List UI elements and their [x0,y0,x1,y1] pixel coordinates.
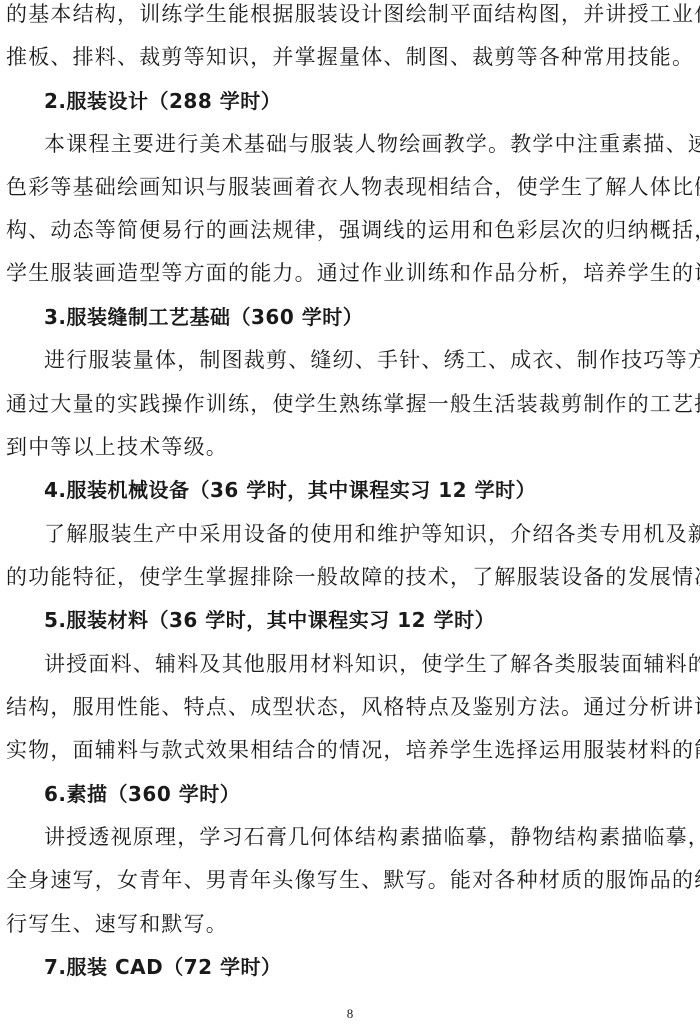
body-text-line: 全身速写，女青年、男青年头像写生、默写。能对各种材质的服饰品的组合进 [6,866,696,894]
document-page: 的基本结构，训练学生能根据服装设计图绘制平面结构图，并讲授工业化制板、 推板、排… [0,0,700,1030]
section-heading-machinery: 4.服装机械设备（36 学时，其中课程实习 12 学时） [44,476,700,504]
body-text-line: 到中等以上技术等级。 [6,433,696,461]
body-text-line: 本课程主要进行美术基础与服装人物绘画教学。教学中注重素描、速写、 [44,130,700,158]
body-text-line: 实物，面辅料与款式效果相结合的情况，培养学生选择运用服装材料的能力。 [6,736,696,764]
section-heading-sketching: 6.素描（360 学时） [44,780,700,808]
body-text-line: 结构，服用性能、特点、成型状态，风格特点及鉴别方法。通过分析讲评服装 [6,693,696,721]
body-text-line: 的功能特征，使学生掌握排除一般故障的技术，了解服装设备的发展情况。 [6,563,696,591]
section-heading-sewing-craft: 3.服装缝制工艺基础（360 学时） [44,303,700,331]
body-text-line: 学生服装画造型等方面的能力。通过作业训练和作品分析，培养学生的设计意识。 [6,259,696,287]
body-text-line: 行写生、速写和默写。 [6,910,696,938]
body-text-line: 构、动态等简便易行的画法规律，强调线的运用和色彩层次的归纳概括，培养 [6,216,696,244]
section-heading-clothing-design: 2.服装设计（288 学时） [44,87,700,115]
section-heading-materials: 5.服装材料（36 学时，其中课程实习 12 学时） [44,606,700,634]
section-heading-cad: 7.服装 CAD（72 学时） [44,953,700,981]
body-text-line: 讲授面料、辅料及其他服用材料知识，使学生了解各类服装面辅料的织物 [44,650,700,678]
body-text-line: 讲授透视原理，学习石膏几何体结构素描临摹，静物结构素描临摹，人物 [44,823,700,851]
body-text-line: 的基本结构，训练学生能根据服装设计图绘制平面结构图，并讲授工业化制板、 [6,0,696,28]
body-text-line: 进行服装量体，制图裁剪、缝纫、手针、绣工、成衣、制作技巧等方面教学。 [44,346,700,374]
body-text-line: 推板、排料、裁剪等知识，并掌握量体、制图、裁剪等各种常用技能。 [6,43,696,71]
page-number: 8 [0,1006,700,1022]
body-text-line: 了解服装生产中采用设备的使用和维护等知识，介绍各类专用机及新机种 [44,520,700,548]
body-text-line: 通过大量的实践操作训练，使学生熟练掌握一般生活装裁剪制作的工艺技术，达 [6,390,696,418]
body-text-line: 色彩等基础绘画知识与服装画着衣人物表现相结合，使学生了解人体比例、结 [6,173,696,201]
